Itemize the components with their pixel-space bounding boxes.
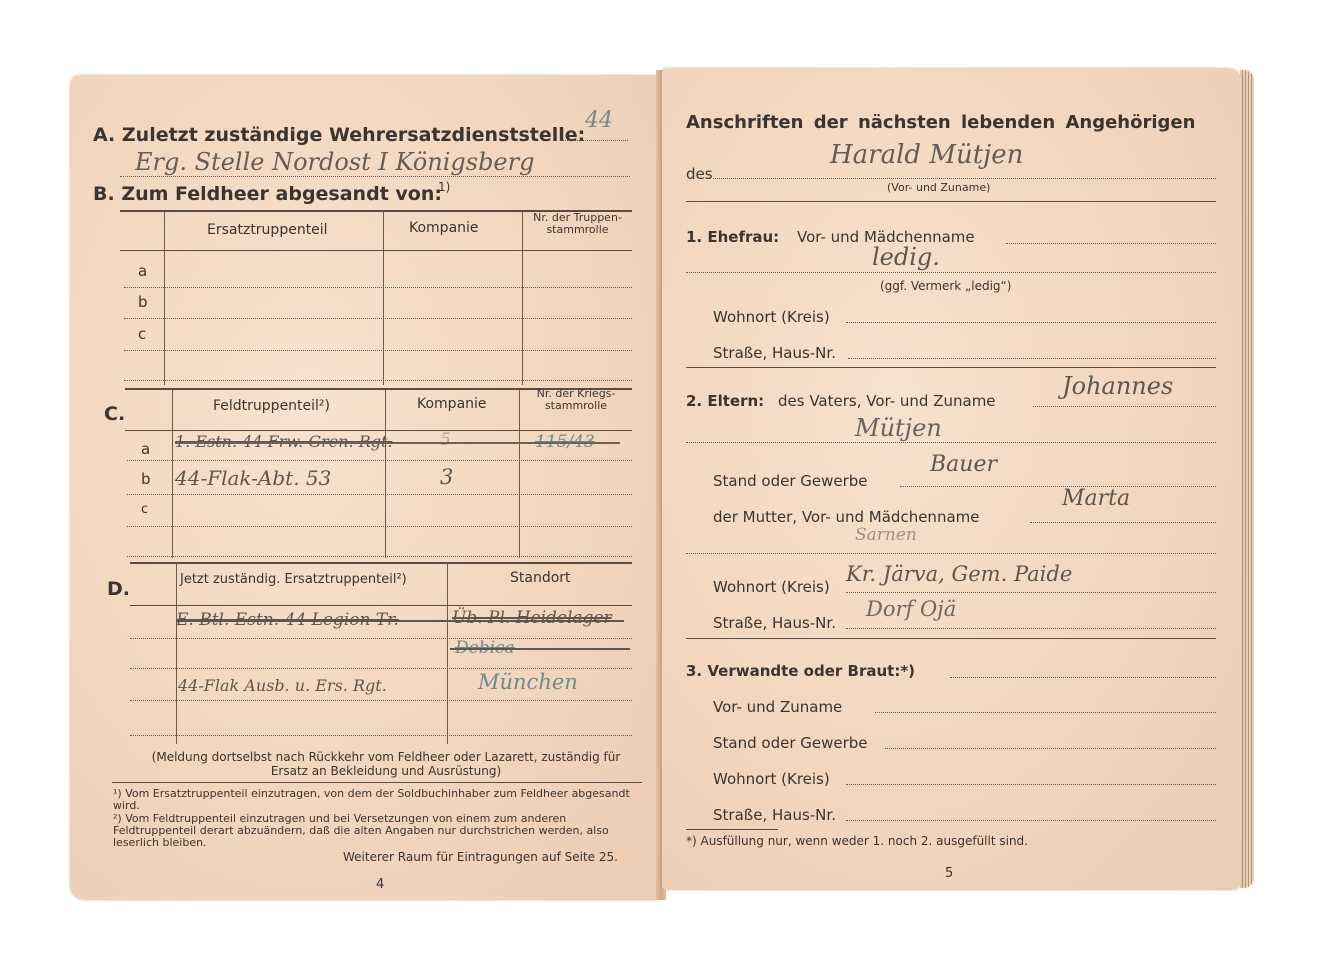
b-row-b-letter: b — [138, 293, 148, 311]
section-a-value-top: 44 — [585, 108, 613, 133]
page-stack-edge — [1240, 70, 1254, 888]
wife-street-label: Straße, Haus-Nr. — [713, 344, 836, 362]
c-row-a-letter: a — [141, 440, 150, 458]
father-occupation-label: Stand oder Gewerbe — [713, 472, 868, 490]
b-col-unit: Ersatztruppenteil — [207, 222, 328, 238]
section-d-note: (Meldung dortselbst nach Rückkehr vom Fe… — [136, 750, 636, 778]
mother-maiden-name: Sarnen — [855, 525, 917, 545]
further-space-note: Weiterer Raum für Eintragungen auf Seite… — [343, 850, 618, 864]
page-number-right: 5 — [945, 866, 953, 881]
c-row-a-company: 5 — [440, 430, 451, 450]
c-col-number: Nr. der Kriegs-stammrolle — [522, 388, 630, 412]
b-col-company: Kompanie — [409, 220, 479, 236]
section-d-label: D. — [107, 578, 130, 600]
parents-street-value: Dorf Ojä — [866, 597, 956, 621]
c-row-c-letter: c — [141, 502, 148, 517]
section-b-footnote-ref: 1) — [438, 180, 450, 194]
c-row-b-unit: 44-Flak-Abt. 53 — [175, 466, 331, 490]
footnote-1: ¹) Vom Ersatztruppenteil einzutragen, vo… — [113, 788, 645, 812]
relatives-name-label: Vor- und Zuname — [713, 698, 842, 716]
father-first-name: Johannes — [1062, 372, 1173, 400]
wife-residence-label: Wohnort (Kreis) — [713, 308, 830, 326]
right-footnote: *) Ausfüllung nur, wenn weder 1. noch 2.… — [686, 834, 1028, 848]
page-number-left: 4 — [376, 877, 384, 892]
section-a-value: Erg. Stelle Nordost I Königsberg — [135, 148, 534, 176]
d-col-unit: Jetzt zuständig. Ersatztruppenteil²) — [180, 572, 407, 587]
father-occupation-value: Bauer — [930, 452, 997, 477]
b-row-c-letter: c — [138, 325, 146, 343]
holder-caption: (Vor- und Zuname) — [887, 181, 990, 194]
b-col-number: Nr. der Truppen-stammrolle — [525, 212, 630, 236]
d-row-1-location: Üb. Pl. Heidelager — [452, 608, 612, 628]
footnote-2: ²) Vom Feldtruppenteil einzutragen und b… — [113, 813, 645, 849]
c-col-unit: Feldtruppenteil²) — [213, 398, 330, 414]
parents-label: 2. Eltern: — [686, 392, 764, 410]
c-row-b-letter: b — [141, 470, 151, 488]
section-a-label: A. Zuletzt zuständige Wehrersatzdienstst… — [93, 124, 585, 146]
wife-hint: (ggf. Vermerk „ledig“) — [880, 279, 1011, 293]
d-row-3-unit: 44-Flak Ausb. u. Ers. Rgt. — [178, 676, 387, 695]
c-col-company: Kompanie — [417, 396, 487, 412]
wife-label: 1. Ehefrau: — [686, 228, 779, 246]
relatives-label: 3. Verwandte oder Braut:*) — [686, 662, 915, 680]
section-c-label: C. — [104, 403, 125, 425]
father-label: des Vaters, Vor- und Zuname — [778, 392, 996, 410]
relatives-residence-label: Wohnort (Kreis) — [713, 770, 830, 788]
des-label: des — [686, 165, 713, 183]
c-row-b-company: 3 — [440, 465, 453, 489]
relatives-occupation-label: Stand oder Gewerbe — [713, 734, 868, 752]
parents-residence-label: Wohnort (Kreis) — [713, 578, 830, 596]
relatives-street-label: Straße, Haus-Nr. — [713, 806, 836, 824]
right-page-title: Anschriften der nächsten lebenden Angehö… — [686, 112, 1195, 133]
section-b-label: B. Zum Feldheer abgesandt von: — [93, 183, 442, 205]
holder-name: Harald Mütjen — [830, 140, 1023, 170]
mother-first-name: Marta — [1062, 486, 1130, 511]
mother-label: der Mutter, Vor- und Mädchenname — [713, 508, 979, 526]
b-row-a-letter: a — [138, 262, 147, 280]
father-last-name: Mütjen — [855, 414, 942, 442]
parents-street-label: Straße, Haus-Nr. — [713, 614, 836, 632]
wife-name-value: ledig. — [872, 243, 940, 271]
d-row-3-location: München — [478, 670, 578, 694]
parents-residence-value: Kr. Järva, Gem. Paide — [846, 562, 1072, 586]
d-col-location: Standort — [510, 570, 571, 586]
